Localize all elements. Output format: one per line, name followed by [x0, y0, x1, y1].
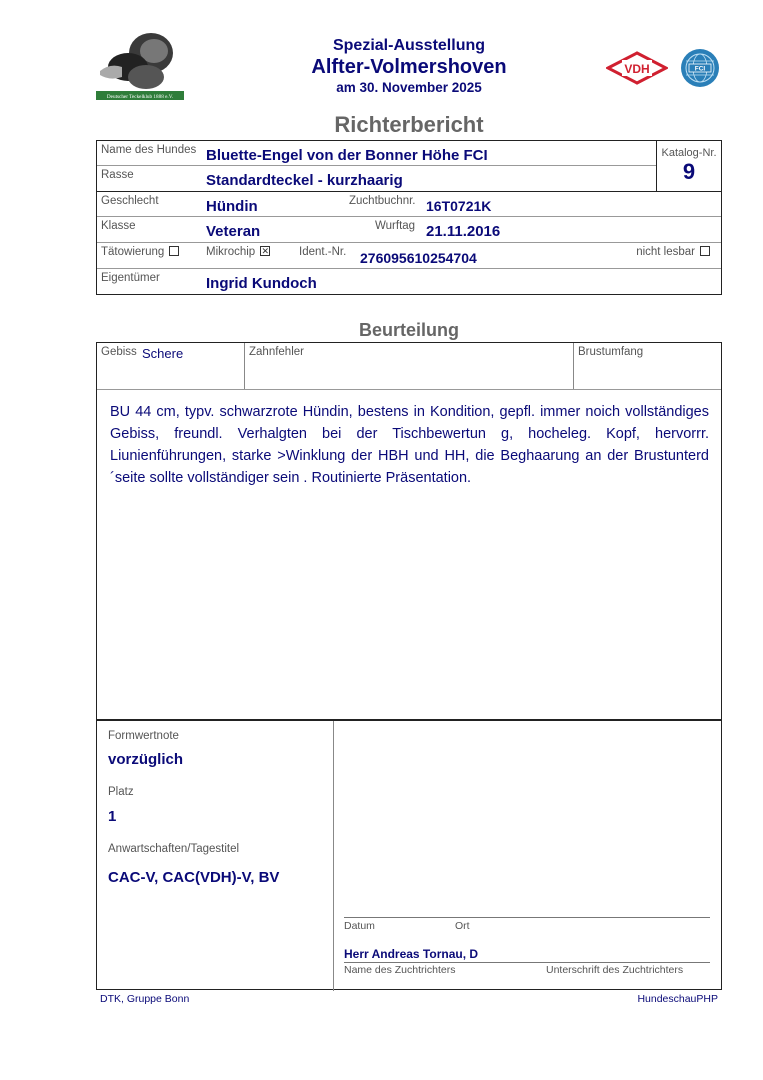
result-section: Formwertnote vorzüglich Platz 1 Anwartsc… [97, 719, 721, 991]
catalog-box: Katalog-Nr. 9 [656, 141, 721, 192]
chest-label: Brustumfang [578, 346, 643, 358]
catalog-number: 9 [657, 159, 721, 185]
chip-label: Mikrochip✕ [206, 246, 270, 258]
class-label: Klasse [101, 220, 136, 232]
catalog-label: Katalog-Nr. [657, 147, 721, 159]
event-header: Spezial-Ausstellung Alfter-Volmershoven … [270, 36, 548, 96]
svg-text:Deutscher Teckelklub 1888 e.V.: Deutscher Teckelklub 1888 e.V. [107, 94, 173, 100]
row-class: Klasse Veteran Wurftag 21.11.2016 [97, 217, 721, 243]
owner-label: Eigentümer [101, 272, 160, 284]
chip-checkbox[interactable]: ✕ [260, 246, 270, 256]
breed-label: Rasse [101, 169, 134, 181]
footer-software: HundeschauPHP [620, 993, 718, 1005]
tattoo-checkbox[interactable] [169, 246, 179, 256]
titles-label: Anwartschaften/Tagestitel [108, 843, 239, 855]
studbook-label: Zuchtbuchnr. [349, 195, 415, 207]
assessment-table: Gebiss Schere Zahnfehler Brustumfang BU … [96, 342, 722, 990]
chest-cell: Brustumfang [574, 343, 721, 389]
sex-label: Geschlecht [101, 195, 159, 207]
bite-label: Gebiss [101, 346, 137, 358]
vdh-logo: VDH [606, 51, 668, 85]
place-field-label: Ort [455, 920, 470, 932]
row-name: Name des Hundes Bluette-Engel von der Bo… [97, 141, 657, 166]
judge-name: Herr Andreas Tornau, D [344, 947, 478, 961]
judge-signature-label: Unterschrift des Zuchtrichters [546, 964, 683, 976]
result-left: Formwertnote vorzüglich Platz 1 Anwartsc… [97, 721, 334, 991]
ident-label: Ident.-Nr. [299, 246, 346, 258]
dog-breed: Standardteckel - kurzhaarig [206, 172, 403, 189]
birth-date: 21.11.2016 [426, 223, 500, 240]
owner-name: Ingrid Kundoch [206, 275, 317, 292]
unreadable-label: nicht lesbar [636, 246, 710, 258]
event-date: am 30. November 2025 [270, 79, 548, 96]
judge-name-label: Name des Zuchtrichters [344, 964, 455, 976]
tattoo-label: Tätowierung [101, 246, 179, 258]
svg-text:FCI: FCI [695, 66, 706, 73]
ident-number: 276095610254704 [360, 250, 477, 266]
event-type: Spezial-Ausstellung [270, 36, 548, 55]
row-owner: Eigentümer Ingrid Kundoch [97, 269, 721, 294]
row-sex: Geschlecht Hündin Zuchtbuchnr. 16T0721K [97, 191, 721, 217]
titles-value: CAC-V, CAC(VDH)-V, BV [108, 869, 279, 886]
dog-name: Bluette-Engel von der Bonner Höhe FCI [206, 147, 488, 164]
unreadable-checkbox[interactable] [700, 246, 710, 256]
svg-text:VDH: VDH [624, 62, 649, 76]
birth-label: Wurftag [375, 220, 415, 232]
studbook-number: 16T0721K [426, 198, 491, 214]
grade-value: vorzüglich [108, 751, 183, 768]
dog-info-table: Name des Hundes Bluette-Engel von der Bo… [96, 140, 722, 295]
name-label: Name des Hundes [101, 144, 196, 156]
bite-value: Schere [142, 346, 183, 361]
event-location: Alfter-Volmershoven [270, 55, 548, 79]
place-label: Platz [108, 786, 134, 798]
dtk-logo: Deutscher Teckelklub 1888 e.V. [96, 27, 184, 101]
fci-logo: FCI [680, 48, 720, 88]
grade-label: Formwertnote [108, 730, 179, 742]
bite-cell: Gebiss Schere [97, 343, 245, 389]
teeth-fault-cell: Zahnfehler [245, 343, 574, 389]
row-breed: Rasse Standardteckel - kurzhaarig [97, 166, 657, 191]
dog-sex: Hündin [206, 198, 258, 215]
row-ident: Tätowierung Mikrochip✕ Ident.-Nr. 276095… [97, 243, 721, 269]
footer-club: DTK, Gruppe Bonn [100, 993, 189, 1005]
report-title: Richterbericht [96, 112, 722, 138]
date-label: Datum [344, 920, 375, 932]
dog-class: Veteran [206, 223, 260, 240]
date-place-line [344, 917, 710, 918]
judge-report-text: BU 44 cm, typv. schwarzrote Hündin, best… [110, 401, 709, 489]
assessment-title: Beurteilung [96, 320, 722, 341]
judge-line [344, 962, 710, 963]
place-value: 1 [108, 808, 116, 825]
dentition-row: Gebiss Schere Zahnfehler Brustumfang [97, 343, 721, 390]
teeth-fault-label: Zahnfehler [249, 346, 304, 358]
